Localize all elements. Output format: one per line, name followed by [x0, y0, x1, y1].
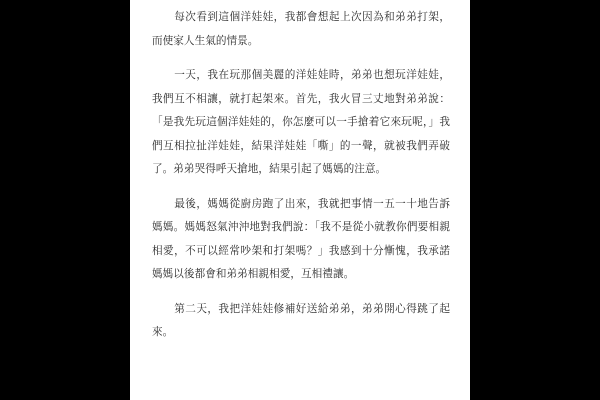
paragraph-intro: 每次看到這個洋娃娃，我都會想起上次因為和弟弟打架，而使家人生氣的情景。 [152, 6, 450, 53]
paragraph-fight: 一天，我在玩那個美麗的洋娃娃時，弟弟也想玩洋娃娃，我們互不相讓，就打起架來。首先… [152, 64, 450, 182]
paragraph-ending: 第二天，我把洋娃娃修補好送給弟弟，弟弟開心得跳了起來。 [152, 298, 450, 345]
paragraph-mother: 最後，媽媽從廚房跑了出來，我就把事情一五一十地告訴媽媽。媽媽怒氣沖沖地對我們說：… [152, 193, 450, 287]
document-page: 每次看到這個洋娃娃，我都會想起上次因為和弟弟打架，而使家人生氣的情景。 一天，我… [130, 0, 470, 400]
